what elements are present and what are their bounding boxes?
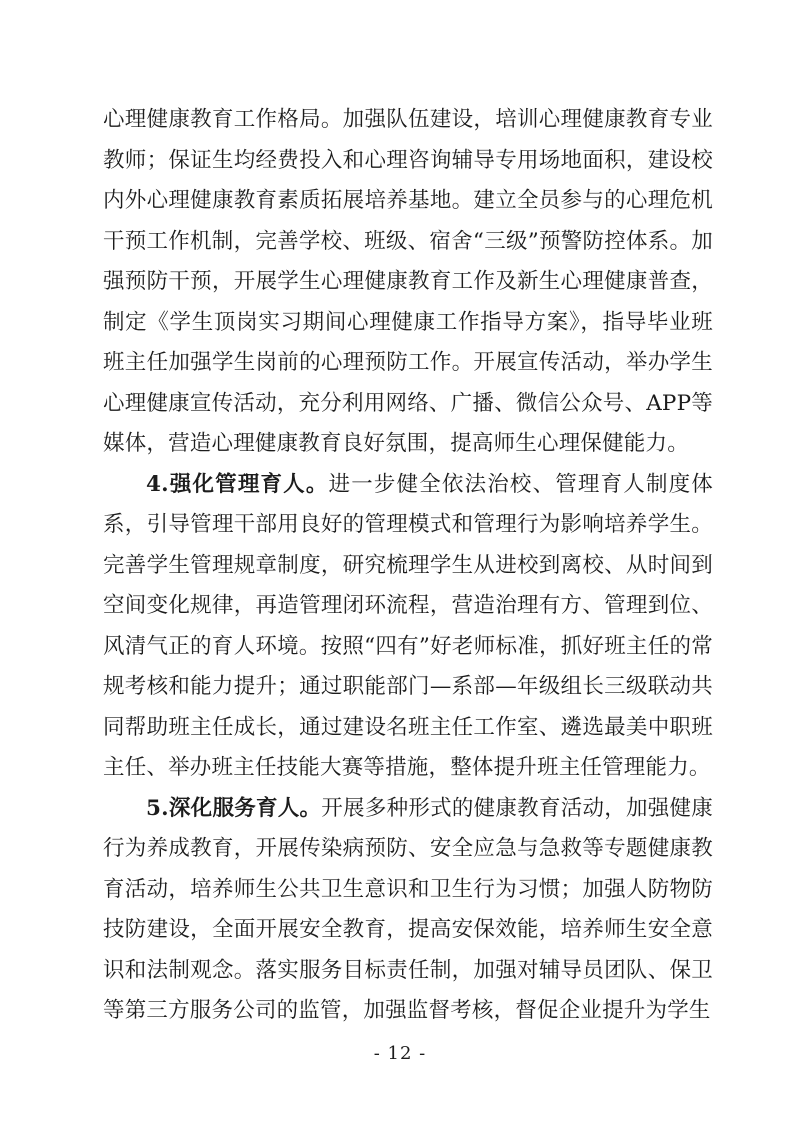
paragraph-text: 开展多种形式的健康教育活动，加强健康行为养成教育，开展传染病预防、安全应急与急救… <box>103 796 713 1024</box>
body-paragraph: 心理健康教育工作格局。加强队伍建设，培训心理健康教育专业教师；保证生均经费投入和… <box>103 100 713 465</box>
paragraph-text: 心理健康教育工作格局。加强队伍建设，培训心理健康教育专业教师；保证生均经费投入和… <box>103 107 713 456</box>
paragraph-heading: 5.深化服务育人。 <box>146 796 321 821</box>
page-number: - 12 - <box>0 1043 800 1065</box>
page-body: 心理健康教育工作格局。加强队伍建设，培训心理健康教育专业教师；保证生均经费投入和… <box>103 100 713 1032</box>
paragraph-heading: 4.强化管理育人。 <box>146 472 329 497</box>
paragraph-text: 进一步健全依法治校、管理育人制度体系，引导管理干部用良好的管理模式和管理行为影响… <box>103 472 713 781</box>
document-page: 心理健康教育工作格局。加强队伍建设，培训心理健康教育专业教师；保证生均经费投入和… <box>0 0 800 1131</box>
body-paragraph: 4.强化管理育人。进一步健全依法治校、管理育人制度体系，引导管理干部用良好的管理… <box>103 465 713 789</box>
body-paragraph: 5.深化服务育人。开展多种形式的健康教育活动，加强健康行为养成教育，开展传染病预… <box>103 789 713 1032</box>
